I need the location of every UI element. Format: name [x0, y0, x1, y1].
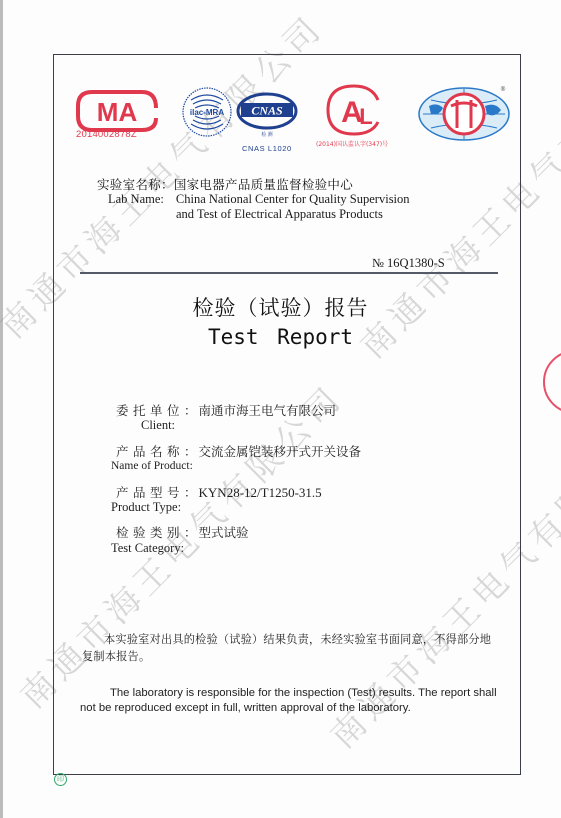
- product-name-value: 交流金属铠装移开式开关设备: [199, 444, 362, 459]
- svg-text:CNAS: CNAS: [251, 104, 283, 118]
- cnas-caption: 检 测 CNAS L1020: [242, 131, 292, 156]
- lab-name-cn: 实验室名称：国家电器产品质量监督检验中心: [97, 175, 353, 193]
- cqc-globe-logo-icon: [417, 86, 511, 142]
- svg-text:MA: MA: [97, 97, 138, 127]
- client-field: 委托单位：南通市海王电气有限公司: [116, 401, 336, 419]
- print-stamp-icon: 印: [54, 773, 67, 786]
- ilac-mra-logo-icon: ilac-MRA: [181, 86, 233, 138]
- lab-name-cn-label: 实验室名称：: [97, 177, 174, 192]
- cal-logo-icon: A L: [322, 82, 386, 138]
- svg-text:L: L: [359, 104, 372, 129]
- disclaimer-cn: 本实验室对出具的检验（试验）结果负责，未经实验室书面同意，不得部分地复制本报告。: [82, 631, 502, 665]
- product-name-label-cn: 产品名称: [116, 444, 184, 459]
- company-seal-icon: [543, 350, 561, 414]
- product-type-value: KYN28-12/T1250-31.5: [199, 485, 322, 500]
- product-name-label-en: Name of Product:: [111, 460, 193, 472]
- cnas-sub-cn: 检 测: [242, 131, 292, 138]
- scan-edge: [0, 0, 3, 818]
- test-category-field: 检验类别：型式试验: [116, 523, 249, 541]
- client-value: 南通市海王电气有限公司: [199, 403, 337, 418]
- cal-number: (2014)国认监认字(347)号: [316, 139, 388, 148]
- report-number: № 16Q1380-S: [372, 256, 445, 271]
- test-category-label-en: Test Category:: [111, 541, 184, 556]
- report-title-en: Test Report: [0, 325, 561, 349]
- lab-name-cn-value: 国家电器产品质量监督检验中心: [174, 177, 353, 192]
- lab-name-en: Lab Name:China National Center for Quali…: [108, 192, 410, 207]
- client-label-en: Client:: [141, 418, 175, 433]
- test-category-value: 型式试验: [199, 525, 249, 540]
- report-cover-page: 南通市海王电气有限公司 南通市海王电气有限公司 南通市海王电气有限公司 南通市海…: [0, 0, 561, 818]
- report-title-cn: 检验（试验）报告: [0, 292, 561, 322]
- product-type-label-cn: 产品型号: [116, 485, 184, 500]
- registered-mark: ®: [500, 86, 506, 93]
- lab-name-en-line1: China National Center for Quality Superv…: [176, 192, 410, 206]
- product-name-field: 产品名称：交流金属铠装移开式开关设备: [116, 442, 361, 460]
- cnas-logo-icon: CNAS: [235, 91, 299, 131]
- divider-line: [80, 272, 498, 274]
- lab-name-en-line2: and Test of Electrical Apparatus Product…: [176, 207, 383, 222]
- cma-number: 2014002878Z: [76, 129, 137, 140]
- product-type-field: 产品型号：KYN28-12/T1250-31.5: [116, 483, 322, 501]
- cnas-code: CNAS L1020: [242, 144, 292, 153]
- disclaimer-en: The laboratory is responsible for the in…: [80, 686, 510, 716]
- lab-name-en-label: Lab Name:: [108, 192, 164, 206]
- product-type-label-en: Product Type:: [111, 500, 181, 515]
- svg-text:ilac-MRA: ilac-MRA: [190, 108, 224, 117]
- client-label-cn: 委托单位: [116, 403, 184, 418]
- test-category-label-cn: 检验类别: [116, 525, 184, 540]
